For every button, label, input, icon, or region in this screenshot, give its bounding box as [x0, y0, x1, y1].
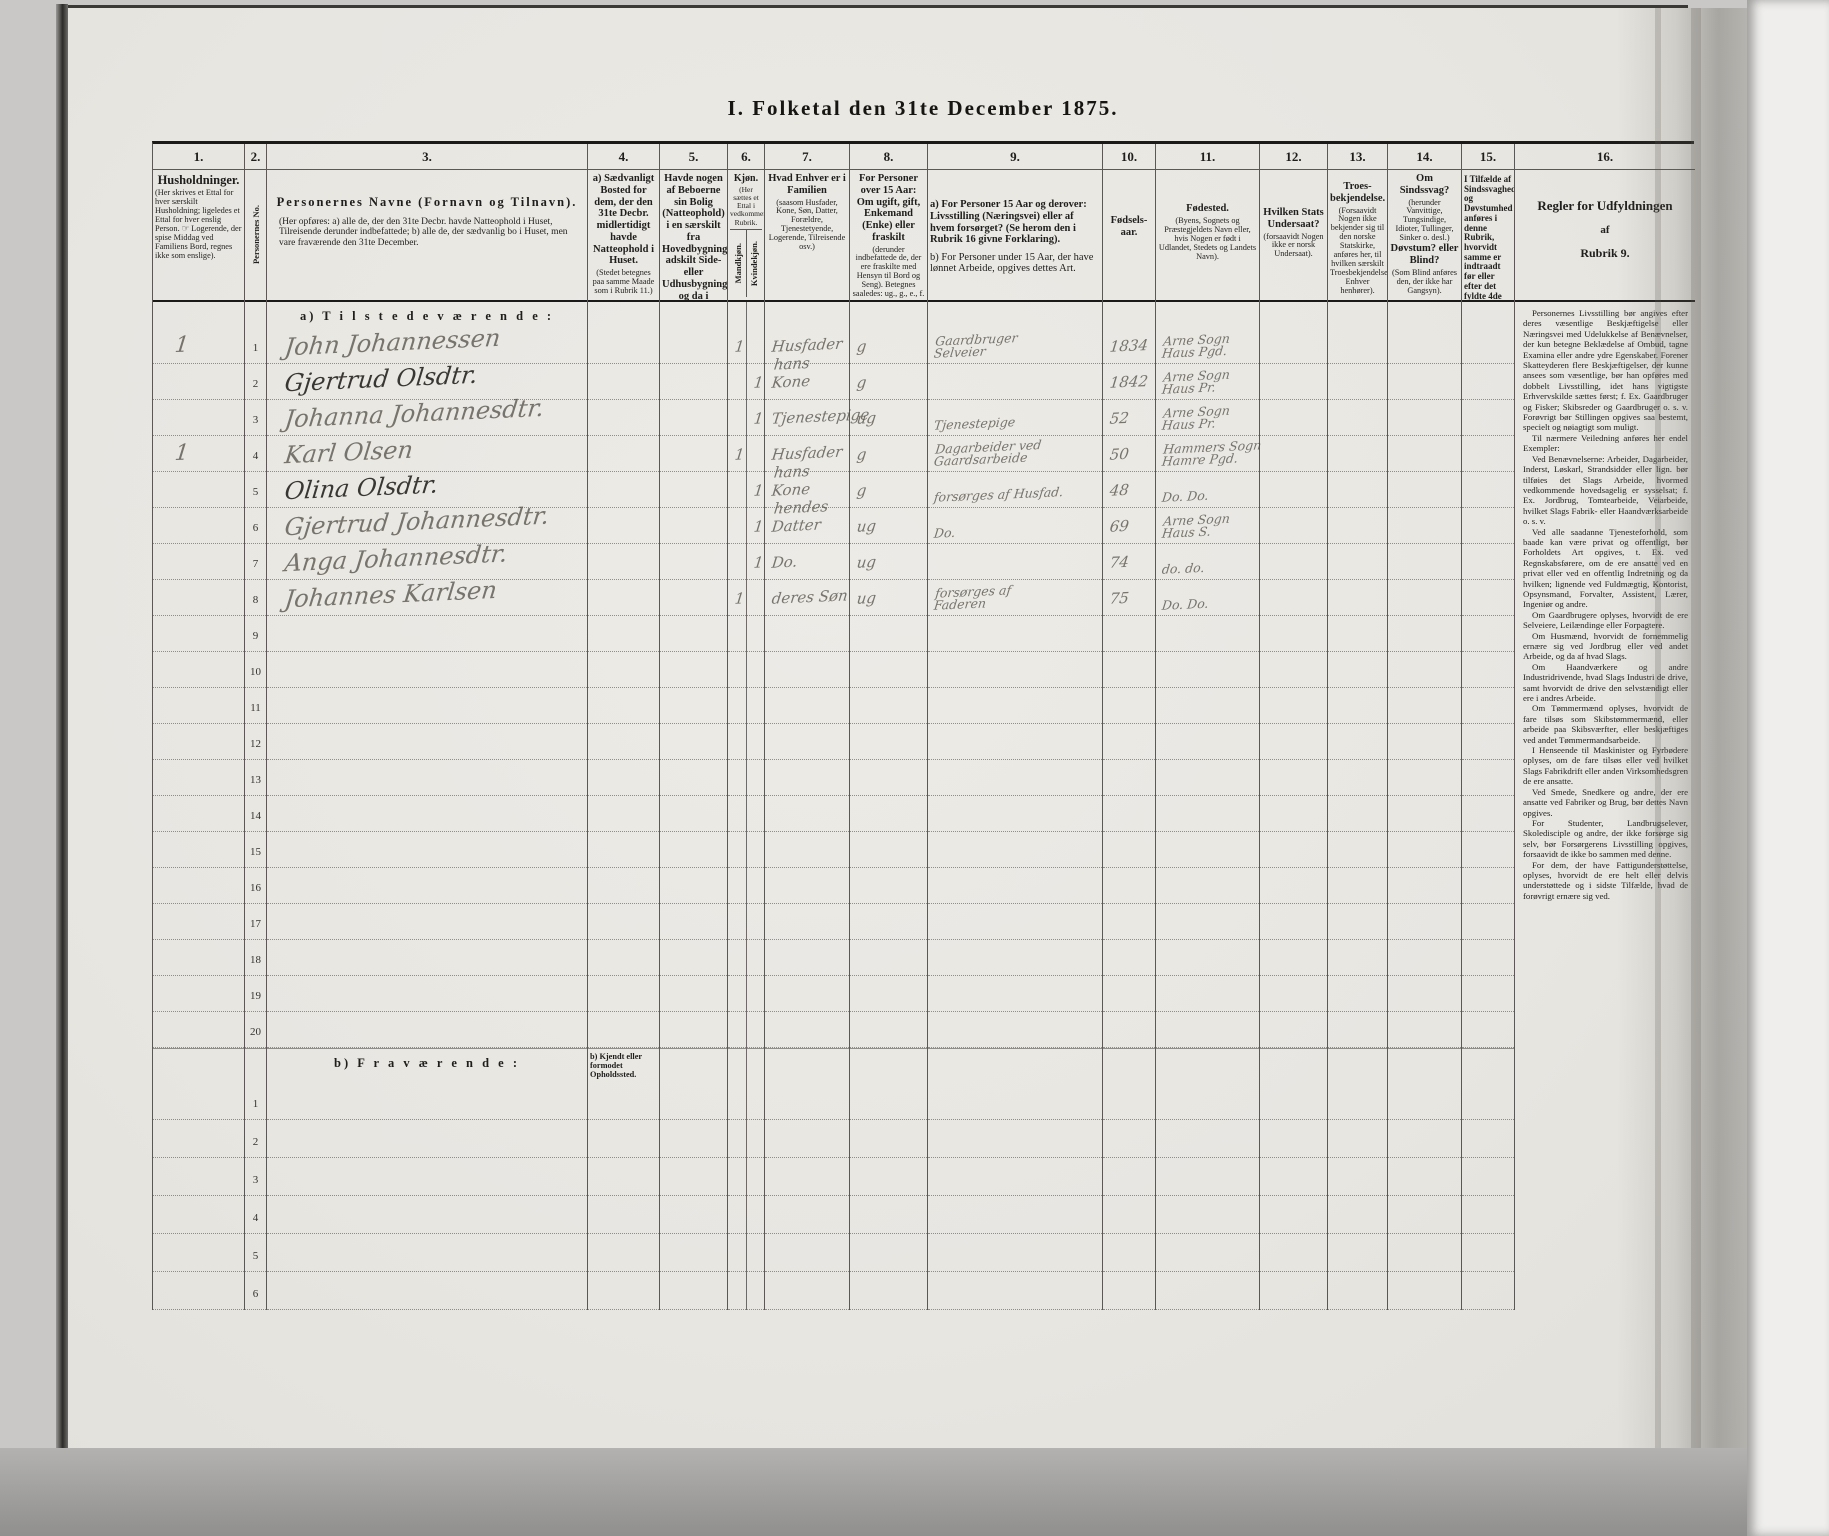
- row-number: 5: [245, 486, 266, 507]
- mandkjon-label: Mandkjøn.: [733, 243, 743, 283]
- section-b-row: [765, 1048, 849, 1082]
- handwritten-entry: Dagarbeider ved Gaardsarbeide: [928, 439, 1042, 471]
- cell-bygning-row12: [660, 724, 727, 760]
- cell-m-row20: [728, 1012, 746, 1048]
- cell-birthplace-row14: [1156, 796, 1259, 832]
- handwritten-entry: Do.: [928, 527, 956, 543]
- section-a-row: [153, 302, 244, 328]
- cell-troes-row14: [1328, 796, 1387, 832]
- section-b-row: [928, 1048, 1102, 1082]
- cell-family-absent-row4: [765, 1196, 849, 1234]
- section-a-row: [1156, 302, 1259, 328]
- cell-m-row19: [728, 976, 746, 1012]
- row-number: 3: [245, 1174, 266, 1195]
- cell-k-row3: 1: [747, 400, 764, 436]
- cell-sinds-absent-row1: [1388, 1082, 1461, 1120]
- cell-birthplace-row9: [1156, 616, 1259, 652]
- cell-k-absent-row3: [747, 1158, 764, 1196]
- row-number: 1: [245, 1098, 266, 1119]
- scan-left-edge: [56, 4, 68, 1456]
- cell-undersaat-row18: [1260, 940, 1327, 976]
- cell-tilf-row14: [1462, 796, 1514, 832]
- cell-family-row13: [765, 760, 849, 796]
- cell-tilf-row2: [1462, 364, 1514, 400]
- cell-tilf-row9: [1462, 616, 1514, 652]
- cell-m-row17: [728, 904, 746, 940]
- cell-status-absent-row5: [850, 1234, 927, 1272]
- handwritten-entry: 1: [747, 481, 764, 507]
- cell-occupation-row5: forsørges af Husfad.: [928, 472, 1102, 508]
- cell-k-absent-row4: [747, 1196, 764, 1234]
- column-number: 5.: [660, 144, 727, 170]
- row-number: 10: [245, 666, 266, 687]
- cell-sinds-row8: [1388, 580, 1461, 616]
- row-number: 12: [245, 738, 266, 759]
- column-title: Fødested.: [1158, 203, 1257, 215]
- section-a-row: [1388, 302, 1461, 328]
- page-title: I. Folketal den 31te December 1875.: [152, 96, 1694, 121]
- column-number: 15.: [1462, 144, 1514, 170]
- row-number: 4: [245, 450, 266, 471]
- cell-occupation-row13: [928, 760, 1102, 796]
- cell-hh-row4: 1: [153, 436, 244, 472]
- cell-undersaat-absent-row1: [1260, 1082, 1327, 1120]
- cell-born-row7: 74: [1103, 544, 1155, 580]
- cell-bygning-row4: [660, 436, 727, 472]
- column-title: Personernes Navne (Fornavn og Tilnavn).: [269, 195, 585, 209]
- handwritten-entry: 1: [728, 445, 745, 471]
- cell-birthplace-row19: [1156, 976, 1259, 1012]
- row-number: 14: [245, 810, 266, 831]
- handwritten-entry: g: [850, 337, 867, 363]
- cell-hh-row16: [153, 868, 244, 904]
- cell-sinds-row10: [1388, 652, 1461, 688]
- cell-sinds-absent-row2: [1388, 1120, 1461, 1158]
- cell-troes-row10: [1328, 652, 1387, 688]
- cell-undersaat-row20: [1260, 1012, 1327, 1048]
- handwritten-entry: 1: [747, 373, 764, 399]
- handwritten-entry: hans Kone: [765, 352, 854, 399]
- cell-bosted-row8: [588, 580, 659, 616]
- cell-occupation-row17: [928, 904, 1102, 940]
- cell-m-row10: [728, 652, 746, 688]
- handwritten-entry: 1: [747, 409, 764, 435]
- cell-born-row11: [1103, 688, 1155, 724]
- handwritten-entry: 1842: [1103, 372, 1149, 399]
- cell-sinds-row6: [1388, 508, 1461, 544]
- cell-undersaat-row5: [1260, 472, 1327, 508]
- cell-hh-absent-row3: [153, 1158, 244, 1196]
- column-navne: 3. Personernes Navne (Fornavn og Tilnavn…: [267, 144, 588, 1310]
- cell-occupation-row14: [928, 796, 1102, 832]
- cell-occupation-absent-row4: [928, 1196, 1102, 1234]
- cell-no-row7: 7: [245, 544, 266, 580]
- section-a-row: [728, 302, 746, 328]
- cell-tilf-absent-row6: [1462, 1272, 1514, 1310]
- column-body-fodselsaar: 18341842525048697475: [1103, 302, 1155, 1310]
- handwritten-entry: Johannes Karlsen: [267, 580, 498, 615]
- cell-occupation-row9: [928, 616, 1102, 652]
- row-number: 19: [245, 990, 266, 1011]
- cell-status-row6: ug: [850, 508, 927, 544]
- cell-sinds-row17: [1388, 904, 1461, 940]
- column-title: Personernes No.: [251, 205, 261, 264]
- cell-status-row3: ug: [850, 400, 927, 436]
- cell-status-absent-row4: [850, 1196, 927, 1234]
- cell-k-row15: [747, 832, 764, 868]
- cell-family-absent-row3: [765, 1158, 849, 1196]
- cell-m-row4: 1: [728, 436, 746, 472]
- cell-k-row8: [747, 580, 764, 616]
- cell-bosted-row1: [588, 328, 659, 364]
- cell-bygning-row19: [660, 976, 727, 1012]
- cell-m-absent-row4: [728, 1196, 746, 1234]
- column-number: 6.: [728, 144, 764, 170]
- cell-no-row20: 20: [245, 1012, 266, 1048]
- section-a-row: [850, 302, 927, 328]
- section-a-row: [747, 302, 764, 328]
- cell-no-row16: 16: [245, 868, 266, 904]
- section-b-row: [660, 1048, 727, 1082]
- cell-m-row12: [728, 724, 746, 760]
- cell-status-row19: [850, 976, 927, 1012]
- cell-occupation-row12: [928, 724, 1102, 760]
- cell-birthplace-row15: [1156, 832, 1259, 868]
- cell-bosted-row16: [588, 868, 659, 904]
- row-number: 7: [245, 558, 266, 579]
- cell-family-row20: [765, 1012, 849, 1048]
- cell-tilf-row8: [1462, 580, 1514, 616]
- column-title: Om Sindssvag?: [1390, 173, 1459, 197]
- cell-m-row14: [728, 796, 746, 832]
- section-a-row: [660, 302, 727, 328]
- cell-k-row16: [747, 868, 764, 904]
- cell-m-row1: 1: [728, 328, 746, 364]
- column-body-civilstand: ggugggugugug: [850, 302, 927, 1310]
- cell-bygning-row6: [660, 508, 727, 544]
- cell-bosted-row11: [588, 688, 659, 724]
- cell-sinds-row15: [1388, 832, 1461, 868]
- column-subtitle: b) For Personer under 15 Aar, der have l…: [930, 252, 1100, 275]
- handwritten-entry: g: [850, 445, 867, 471]
- handwritten-entry: ug: [850, 553, 877, 579]
- cell-troes-row8: [1328, 580, 1387, 616]
- cell-k-row7: 1: [747, 544, 764, 580]
- cell-k-row11: [747, 688, 764, 724]
- cell-occupation-row19: [928, 976, 1102, 1012]
- cell-sinds-row20: [1388, 1012, 1461, 1048]
- cell-troes-absent-row5: [1328, 1234, 1387, 1272]
- column-title: Havde nogen af Beboerne sin Bolig (Natte…: [662, 173, 725, 302]
- cell-troes-row3: [1328, 400, 1387, 436]
- column-number: 4.: [588, 144, 659, 170]
- cell-k-absent-row5: [747, 1234, 764, 1272]
- cell-occupation-row10: [928, 652, 1102, 688]
- adjacent-page-strip: [1747, 0, 1829, 1536]
- cell-status-row16: [850, 868, 927, 904]
- cell-tilf-absent-row1: [1462, 1082, 1514, 1120]
- cell-family-absent-row6: [765, 1272, 849, 1310]
- column-subtitle: (Her skrives et Ettal for hver særskilt …: [155, 189, 242, 261]
- cell-name-absent-row4: [267, 1196, 587, 1234]
- cell-k-row13: [747, 760, 764, 796]
- cell-birthplace-absent-row3: [1156, 1158, 1259, 1196]
- cell-tilf-row12: [1462, 724, 1514, 760]
- column-title: For Personer over 15 Aar: Om ugift, gift…: [852, 173, 925, 244]
- cell-undersaat-absent-row6: [1260, 1272, 1327, 1310]
- handwritten-entry: 69: [1103, 517, 1130, 543]
- cell-hh-row9: [153, 616, 244, 652]
- cell-tilf-absent-row4: [1462, 1196, 1514, 1234]
- handwritten-entry: 52: [1103, 409, 1130, 435]
- cell-sinds-row11: [1388, 688, 1461, 724]
- cell-m-absent-row1: [728, 1082, 746, 1120]
- cell-sinds-row14: [1388, 796, 1461, 832]
- row-number: 13: [245, 774, 266, 795]
- cell-hh-row8: [153, 580, 244, 616]
- row-number: 15: [245, 846, 266, 867]
- cell-status-row12: [850, 724, 927, 760]
- row-number: 3: [245, 414, 266, 435]
- cell-sinds-absent-row3: [1388, 1158, 1461, 1196]
- column-livsstilling: 9. a) For Personer 15 Aar og derover: Li…: [928, 144, 1103, 1310]
- cell-troes-row16: [1328, 868, 1387, 904]
- cell-occupation-row2: [928, 364, 1102, 400]
- cell-born-row5: 48: [1103, 472, 1155, 508]
- cell-born-row12: [1103, 724, 1155, 760]
- cell-birthplace-row1: Arne Sogn Haus Pgd.: [1156, 328, 1259, 364]
- handwritten-entry: Johanna Johannesdtr.: [267, 397, 545, 435]
- cell-family-row16: [765, 868, 849, 904]
- cell-hh-row20: [153, 1012, 244, 1048]
- cell-hh-absent-row2: [153, 1120, 244, 1158]
- cell-troes-row12: [1328, 724, 1387, 760]
- cell-sinds-row18: [1388, 940, 1461, 976]
- kvindekjon-label: Kvindekjøn.: [749, 241, 759, 286]
- cell-bosted-absent-row6: [588, 1272, 659, 1310]
- cell-occupation-absent-row2: [928, 1120, 1102, 1158]
- cell-bygning-row10: [660, 652, 727, 688]
- cell-m-absent-row3: [728, 1158, 746, 1196]
- cell-status-row7: ug: [850, 544, 927, 580]
- cell-birthplace-absent-row2: [1156, 1120, 1259, 1158]
- cell-tilf-row19: [1462, 976, 1514, 1012]
- cell-m-absent-row5: [728, 1234, 746, 1272]
- row-number: 2: [245, 1136, 266, 1157]
- cell-sinds-row1: [1388, 328, 1461, 364]
- section-b-row: [728, 1048, 746, 1082]
- cell-k-row18: [747, 940, 764, 976]
- cell-family-row15: [765, 832, 849, 868]
- cell-bosted-absent-row2: [588, 1120, 659, 1158]
- cell-born-row10: [1103, 652, 1155, 688]
- cell-bosted-row18: [588, 940, 659, 976]
- column-person-no: 2. Personernes No. 123456789101112131415…: [245, 144, 267, 1310]
- cell-occupation-row11: [928, 688, 1102, 724]
- section-a-row: [588, 302, 659, 328]
- cell-troes-absent-row4: [1328, 1196, 1387, 1234]
- cell-sinds-row19: [1388, 976, 1461, 1012]
- column-civilstand: 8. For Personer over 15 Aar: Om ugift, g…: [850, 144, 928, 1310]
- cell-occupation-row16: [928, 868, 1102, 904]
- cell-k-row4: [747, 436, 764, 472]
- section-a-row: a) T i l s t e d e v æ r e n d e :: [267, 302, 587, 328]
- cell-m-row11: [728, 688, 746, 724]
- cell-birthplace-row5: Do. Do.: [1156, 472, 1259, 508]
- cell-undersaat-row9: [1260, 616, 1327, 652]
- cell-born-row14: [1103, 796, 1155, 832]
- column-sindssvag: 14. Om Sindssvag? (herunder Vanvittige, …: [1388, 144, 1462, 1310]
- cell-no-absent-row4: 4: [245, 1196, 266, 1234]
- cell-m-row16: [728, 868, 746, 904]
- handwritten-entry: forsørges af Husfad.: [928, 486, 1064, 507]
- cell-family-row18: [765, 940, 849, 976]
- cell-born-row2: 1842: [1103, 364, 1155, 400]
- cell-sinds-row3: [1388, 400, 1461, 436]
- cell-born-absent-row5: [1103, 1234, 1155, 1272]
- cell-name-row1: John Johannessen: [267, 328, 587, 364]
- cell-occupation-row3: Tjenestepige: [928, 400, 1102, 436]
- cell-troes-row13: [1328, 760, 1387, 796]
- cell-born-absent-row2: [1103, 1120, 1155, 1158]
- cell-status-row17: [850, 904, 927, 940]
- cell-bygning-row7: [660, 544, 727, 580]
- cell-bygning-absent-row5: [660, 1234, 727, 1272]
- cell-family-absent-row1: [765, 1082, 849, 1120]
- column-body-fodested: Arne Sogn Haus Pgd.Arne Sogn Haus Pr.Arn…: [1156, 302, 1259, 1310]
- cell-undersaat-absent-row5: [1260, 1234, 1327, 1272]
- cell-occupation-row20: [928, 1012, 1102, 1048]
- cell-troes-row7: [1328, 544, 1387, 580]
- cell-occupation-absent-row3: [928, 1158, 1102, 1196]
- column-kjon: 6. Kjøn. (Her sættes et Ettal i vedkomme…: [728, 144, 765, 1310]
- section-b-row: b) F r a v æ r e n d e :: [267, 1048, 587, 1082]
- row-number: 20: [245, 1026, 266, 1047]
- handwritten-entry: 1834: [1103, 336, 1149, 363]
- handwritten-entry: Gjertrud Olsdtr.: [267, 364, 479, 399]
- cell-tilf-row1: [1462, 328, 1514, 364]
- row-number: 2: [245, 378, 266, 399]
- cell-family-row12: [765, 724, 849, 760]
- cell-hh-row19: [153, 976, 244, 1012]
- cell-no-row6: 6: [245, 508, 266, 544]
- cell-occupation-row1: Gaardbruger Selveier: [928, 328, 1102, 364]
- cell-status-absent-row6: [850, 1272, 927, 1310]
- cell-undersaat-row2: [1260, 364, 1327, 400]
- cell-no-row14: 14: [245, 796, 266, 832]
- section-b-row: [245, 1048, 266, 1082]
- handwritten-entry: forsørges af Faderen: [928, 585, 1012, 615]
- cell-undersaat-row1: [1260, 328, 1327, 364]
- section-b-row: [850, 1048, 927, 1082]
- cell-tilf-row5: [1462, 472, 1514, 508]
- cell-name-absent-row1: [267, 1082, 587, 1120]
- cell-bosted-row2: [588, 364, 659, 400]
- cell-hh-absent-row6: [153, 1272, 244, 1310]
- cell-sinds-row2: [1388, 364, 1461, 400]
- cell-born-row19: [1103, 976, 1155, 1012]
- cell-hh-absent-row5: [153, 1234, 244, 1272]
- handwritten-entry: John Johannessen: [267, 327, 502, 363]
- cell-no-row18: 18: [245, 940, 266, 976]
- cell-bygning-row2: [660, 364, 727, 400]
- column-bosted: 4. a) Sædvanligt Bosted for dem, der den…: [588, 144, 660, 1310]
- section-a-row: [1462, 302, 1514, 328]
- cell-m-row7: [728, 544, 746, 580]
- cell-m-row15: [728, 832, 746, 868]
- row-number: 9: [245, 630, 266, 651]
- column-body-person-no: 1234567891011121314151617181920123456: [245, 302, 266, 1310]
- cell-tilf-row16: [1462, 868, 1514, 904]
- column-title: Husholdninger.: [155, 173, 242, 187]
- cell-troes-row2: [1328, 364, 1387, 400]
- cell-hh-row18: [153, 940, 244, 976]
- cell-bosted-row9: [588, 616, 659, 652]
- column-body-mandkjon: 111: [728, 302, 746, 1310]
- cell-status-row2: g: [850, 364, 927, 400]
- cell-status-row8: ug: [850, 580, 927, 616]
- cell-birthplace-absent-row4: [1156, 1196, 1259, 1234]
- cell-bosted-absent-row3: [588, 1158, 659, 1196]
- cell-no-row17: 17: [245, 904, 266, 940]
- cell-birthplace-row16: [1156, 868, 1259, 904]
- cell-bygning-absent-row1: [660, 1082, 727, 1120]
- cell-occupation-row18: [928, 940, 1102, 976]
- column-title: a) For Personer 15 Aar og derover: Livss…: [930, 199, 1100, 246]
- cell-m-row2: [728, 364, 746, 400]
- cell-status-row20: [850, 1012, 927, 1048]
- column-number: 12.: [1260, 144, 1327, 170]
- cell-sinds-row16: [1388, 868, 1461, 904]
- cell-no-row13: 13: [245, 760, 266, 796]
- cell-occupation-absent-row1: [928, 1082, 1102, 1120]
- column-subtitle: (Her opføres: a) alle de, der den 31te D…: [269, 217, 585, 248]
- cell-troes-row19: [1328, 976, 1387, 1012]
- row-number: 1: [245, 342, 266, 363]
- cell-name-row15: [267, 832, 587, 868]
- cell-family-row8: deres Søn: [765, 580, 849, 616]
- cell-born-row1: 1834: [1103, 328, 1155, 364]
- cell-family-row6: hendes Datter: [765, 508, 849, 544]
- cell-k-row19: [747, 976, 764, 1012]
- handwritten-entry: 75: [1103, 589, 1130, 615]
- cell-no-row1: 1: [245, 328, 266, 364]
- cell-bosted-row12: [588, 724, 659, 760]
- handwritten-entry: Tjenestepige: [928, 416, 1016, 435]
- section-a-label: a) T i l s t e d e v æ r e n d e :: [267, 302, 587, 324]
- cell-name-row12: [267, 724, 587, 760]
- cell-name-row7: Anga Johannesdtr.: [267, 544, 587, 580]
- cell-m-row9: [728, 616, 746, 652]
- column-body-sindssvag: [1388, 302, 1461, 1310]
- cell-family-absent-row2: [765, 1120, 849, 1158]
- cell-bosted-row17: [588, 904, 659, 940]
- cell-troes-absent-row1: [1328, 1082, 1387, 1120]
- column-subtitle: (Byens, Sognets og Præstegjeldets Navn e…: [1158, 217, 1257, 262]
- section-b-note: b) Kjendt eller formodet Opholdssted.: [588, 1049, 659, 1082]
- cell-family-absent-row5: [765, 1234, 849, 1272]
- handwritten-entry: 74: [1103, 553, 1130, 579]
- gutter-streak: [1691, 8, 1701, 1448]
- cell-family-row10: [765, 652, 849, 688]
- cell-birthplace-row7: do. do.: [1156, 544, 1259, 580]
- row-number: 6: [245, 522, 266, 543]
- handwritten-entry: Anga Johannesdtr.: [267, 543, 509, 579]
- cell-hh-row13: [153, 760, 244, 796]
- cell-bosted-row5: [588, 472, 659, 508]
- cell-occupation-row6: Do.: [928, 508, 1102, 544]
- cell-tilf-absent-row3: [1462, 1158, 1514, 1196]
